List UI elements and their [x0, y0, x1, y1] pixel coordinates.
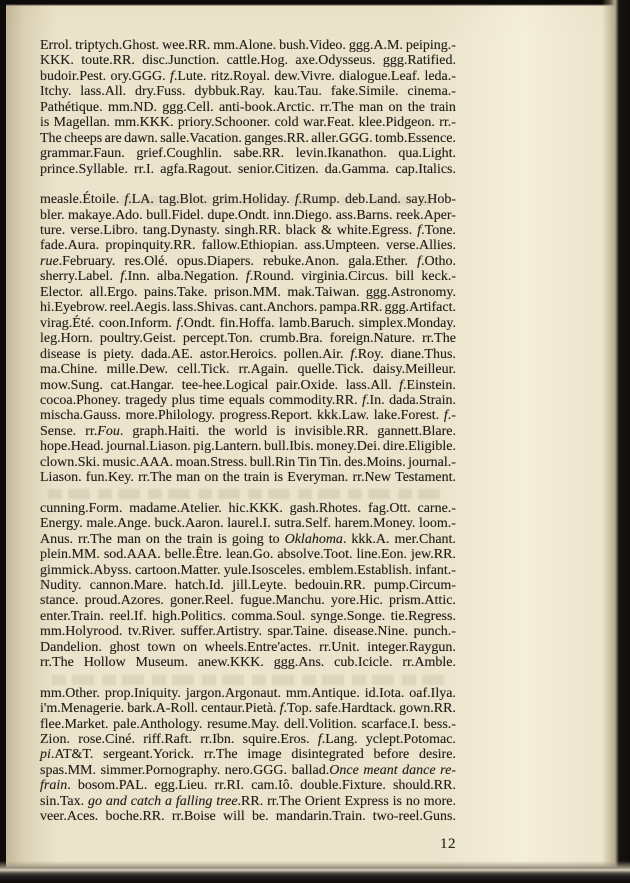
paragraph: mm.Other.prop.Iniquity.jargon.Argonaut.m…	[40, 686, 456, 825]
text-line: Dandelion.ghosttownonwheels.Entre'actes.…	[40, 640, 456, 655]
text-line: rue.February.res.Olé.opus.Diapers.rebuke…	[40, 254, 456, 269]
text-line: frain.bosom.PAL.egg.Lieu.rr.RI.cam.Iô.do…	[40, 778, 456, 793]
text-line: hi.Eyebrow.reel.Aegis.lass.Shivas.cant.A…	[40, 300, 456, 315]
page-edge-left	[0, 0, 6, 883]
text-line: Itchy.lass.All.dry.Fuss.dybbuk.Ray.kau.T…	[40, 84, 456, 99]
text-line: mow.Sung.cat.Hangar.tee-hee.Logicalpair.…	[40, 378, 456, 393]
text-line: grammar.Faun.grief.Coughlin.sabe.RR.levi…	[40, 146, 456, 161]
text-line: fade.Aura.propinquity.RR.fallow.Ethiopia…	[40, 238, 456, 253]
text-line: rr.TheHollowMuseum.anew.KKK.ggg.Ans.cub.…	[40, 655, 456, 670]
text-line: virag.Été.coon.Inform.f.Ondt.fin.Hoffa.l…	[40, 316, 456, 331]
text-line: Sense.rr.Fou.graph.Haiti.theworldisinvis…	[40, 424, 456, 439]
paragraph: measle.Étoile.f.LA.tag.Blot.grim.Holiday…	[40, 192, 456, 486]
page-number: 12	[40, 836, 456, 853]
text-line: mm.Holyrood.tv.River.suffer.Artistry.spa…	[40, 624, 456, 639]
text-line: gimmick.Abyss.cartoon.Matter.yule.Isosce…	[40, 563, 456, 578]
text-line: ma.Chine.mille.Dew.cell.Tick.rr.Again.qu…	[40, 362, 456, 377]
text-line: pi.AT&T.sergeant.Yorick.rr.Theimagedisin…	[40, 747, 456, 762]
text-line: plein.MM.sod.AAA.belle.Être.lean.Go.abso…	[40, 547, 456, 562]
text-line: leg.Horn.poultry.Geist.percept.Ton.crumb…	[40, 331, 456, 346]
text-line: budoir.Pest.ory.GGG.f.Lute.ritz.Royal.de…	[40, 69, 456, 84]
paragraph: Errol.triptych.Ghost.wee.RR.mm.Alone.bus…	[40, 38, 456, 177]
text-line: isMagellan.mm.KKK.priory.Schooner.coldwa…	[40, 115, 456, 130]
paragraph: cunning.Form.madame.Atelier.hic.KKK.gash…	[40, 501, 456, 671]
text-line: Nudity.cannon.Mare.hatch.Id.jill.Leyte.b…	[40, 578, 456, 593]
text-line: hope.Head.journal.Liason.pig.Lantern.bul…	[40, 439, 456, 454]
text-line: measle.Étoile.f.LA.tag.Blot.grim.Holiday…	[40, 192, 456, 207]
text-line: cunning.Form.madame.Atelier.hic.KKK.gash…	[40, 501, 456, 516]
text-line: Thecheepsaredawn.salle.Vacation.ganges.R…	[40, 131, 456, 146]
text-line: Elector.all.Ergo.pains.Take.prison.MM.ma…	[40, 285, 456, 300]
text-line: Pathétique.mm.ND.ggg.Cell.anti-book.Arct…	[40, 100, 456, 115]
page-edge-top	[0, 0, 630, 6]
text-block: Errol.triptych.Ghost.wee.RR.mm.Alone.bus…	[40, 38, 456, 825]
text-line: bler.makaye.Ado.bull.Fidel.dupe.Ondt.inn…	[40, 208, 456, 223]
text-line: veer.Aces.boche.RR.rr.Boisewillbe.mandar…	[40, 809, 456, 824]
text-line: mm.Other.prop.Iniquity.jargon.Argonaut.m…	[40, 686, 456, 701]
text-line: clown.Ski.music.AAA.moan.Stress.bull.Rin…	[40, 455, 456, 470]
text-line: enter.Train.reel.If.high.Politics.comma.…	[40, 609, 456, 624]
text-line: cocoa.Phoney.tragedyplustimeequalscommod…	[40, 393, 456, 408]
text-line: Zion.rose.Ciné.riff.Raft.rr.Ibn.squire.E…	[40, 732, 456, 747]
text-line: flee.Market.pale.Anthology.resume.May.de…	[40, 717, 456, 732]
text-line: i'm.Menagerie.bark.A-Roll.centaur.Pietà.…	[40, 701, 456, 716]
text-line: stance.proud.Azores.goner.Reel.fugue.Man…	[40, 593, 456, 608]
text-line: sherry.Label.f.Inn.alba.Negation.f.Round…	[40, 269, 456, 284]
page-edge-right	[602, 0, 630, 883]
text-line: Anus.rr.ThemanonthetrainisgoingtoOklahom…	[40, 532, 456, 547]
page-gutter-shadow	[6, 0, 54, 883]
text-line: spas.MM.simmer.Pornography.nero.GGG.ball…	[40, 763, 456, 778]
text-line: mischa.Gauss.more.Philology.progress.Rep…	[40, 408, 456, 423]
text-line: Errol.triptych.Ghost.wee.RR.mm.Alone.bus…	[40, 38, 456, 53]
text-line: KKK.toute.RR.disc.Junction.cattle.Hog.ax…	[40, 53, 456, 68]
text-line: sin.Tax.goandcatchafallingtree.RR.rr.The…	[40, 794, 456, 809]
text-line: prince.Syllable.rr.I.agfa.Ragout.senior.…	[40, 162, 456, 177]
text-line: diseaseispiety.dada.AE.astor.Heroics.pol…	[40, 347, 456, 362]
page-edge-bottom	[0, 861, 630, 883]
text-line: Energy.male.Ange.buck.Aaron.laurel.I.sut…	[40, 516, 456, 531]
text-line: ture.verse.Libro.tang.Dynasty.singh.RR.b…	[40, 223, 456, 238]
text-line: Liason.fun.Key.rr.ThemanonthetrainisEver…	[40, 470, 456, 485]
